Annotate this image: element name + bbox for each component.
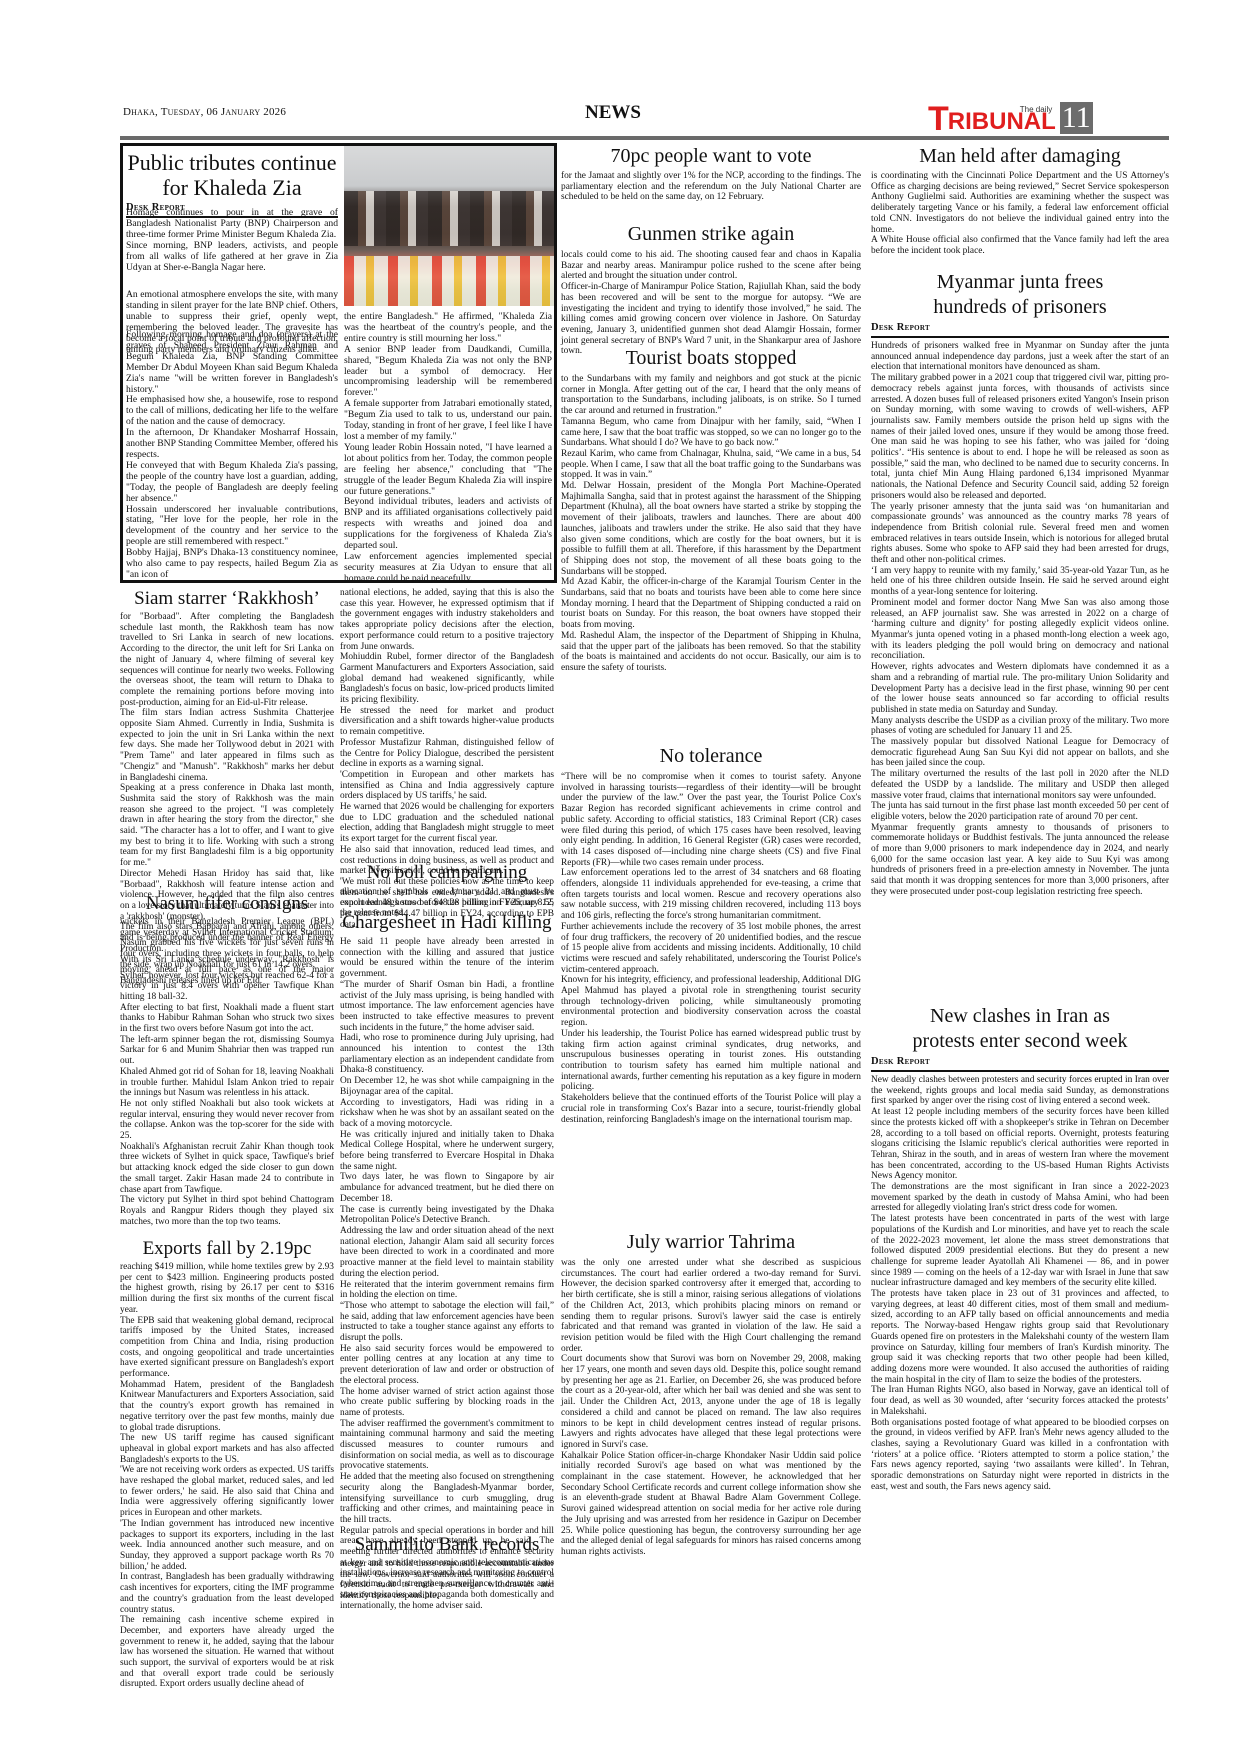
tahrima-headline[interactable]: July warrior Tahrima — [561, 1230, 861, 1254]
hadi-headline[interactable]: Chargesheet in Hadi killing — [340, 912, 554, 934]
section-title: NEWS — [585, 102, 641, 124]
myanmar-article: Myanmar junta freeshundreds of prisoners… — [871, 270, 1169, 898]
exports-body-col1: reaching $419 million, while home textil… — [120, 1262, 334, 1690]
iran-body: New deadly clashes between protesters an… — [871, 1075, 1169, 1492]
gunmen-article: Gunmen strike again locals could come to… — [561, 222, 861, 357]
myanmar-byline: Desk Report — [871, 322, 1169, 338]
myanmar-body: Hundreds of prisoners walked free in Mya… — [871, 341, 1169, 898]
iran-article: New clashes in Iran asprotests enter sec… — [871, 1004, 1169, 1492]
vance-body: is coordinating with the Cincinnati Poli… — [871, 171, 1169, 257]
exports-headline[interactable]: Exports fall by 2.19pc — [120, 1238, 334, 1260]
issue-date: Dhaka, Tuesday, 06 January 2026 — [123, 106, 286, 118]
logo-initial: T — [928, 104, 948, 134]
khaleda-body-col1c: Following morning homage and doa (prayer… — [126, 330, 338, 581]
exports-article: Exports fall by 2.19pc reaching $419 mil… — [120, 1238, 334, 1690]
nopoll-headline[interactable]: No poll campaigning — [340, 862, 554, 884]
nasum-body: wickets in their Bangladesh Premier Leag… — [120, 917, 334, 1227]
newspaper-logo[interactable]: T The daily RIBUNAL 11 — [928, 98, 1166, 134]
nopoll-article: No poll campaigning allocation of symbol… — [340, 862, 554, 919]
khaleda-headline[interactable]: Public tributes continuefor Khaleda Zia — [126, 150, 338, 200]
sammilito-body: merger and to hold those responsible acc… — [340, 1559, 554, 1602]
nasum-article: Nasum fifer consigns wickets in their Ba… — [120, 893, 334, 1227]
tourist-article: Tourist boats stopped to the Sundarbans … — [561, 346, 861, 674]
tahrima-article: July warrior Tahrima was the only one ar… — [561, 1230, 861, 1558]
khaleda-body-col1a: Homage continues to pour in at the grave… — [126, 208, 338, 273]
tolerance-article: No tolerance “There will be no compromis… — [561, 744, 861, 1125]
photo-flowers — [344, 256, 554, 306]
sammilito-article: Sammilito Bank records merger and to hol… — [340, 1534, 554, 1602]
nasum-headline[interactable]: Nasum fifer consigns — [120, 893, 334, 915]
vote-body: for the Jamaat and slightly over 1% for … — [561, 171, 861, 203]
tourist-body: to the Sundarbans with my family and nei… — [561, 374, 861, 674]
gunmen-body: locals could come to his aid. The shooti… — [561, 250, 861, 357]
logo-tagline: The daily — [1020, 98, 1052, 122]
vote-headline[interactable]: 70pc people want to vote — [561, 144, 861, 168]
hadi-body: He said 11 people have already been arre… — [340, 937, 554, 1611]
myanmar-headline[interactable]: Myanmar junta freeshundreds of prisoners — [871, 270, 1169, 320]
khaleda-body-col2: the entire Bangladesh." He affirmed, "Kh… — [344, 312, 552, 585]
masthead-rule — [120, 136, 1169, 140]
gunmen-headline[interactable]: Gunmen strike again — [561, 222, 861, 246]
tolerance-headline[interactable]: No tolerance — [561, 744, 861, 768]
hadi-article: Chargesheet in Hadi killing He said 11 p… — [340, 912, 554, 1611]
tahrima-body: was the only one arrested under what she… — [561, 1258, 861, 1558]
vance-article: Man held after damaging is coordinating … — [871, 144, 1169, 257]
photo-crowd — [344, 191, 554, 246]
tourist-headline[interactable]: Tourist boats stopped — [561, 346, 861, 370]
rakkhosh-headline[interactable]: Siam starrer ‘Rakkhosh’ — [120, 588, 334, 610]
vance-headline[interactable]: Man held after damaging — [871, 144, 1169, 168]
iran-byline: Desk Report — [871, 1056, 1169, 1072]
khaleda-grave-photo — [344, 146, 554, 306]
tolerance-body: “There will be no compromise when it com… — [561, 772, 861, 1125]
vote-article: 70pc people want to vote for the Jamaat … — [561, 144, 861, 203]
logo-wordmark: The daily RIBUNAL — [948, 110, 1056, 134]
iran-headline[interactable]: New clashes in Iran asprotests enter sec… — [871, 1004, 1169, 1054]
sammilito-headline[interactable]: Sammilito Bank records — [340, 1534, 554, 1556]
page-number: 11 — [1060, 102, 1093, 134]
